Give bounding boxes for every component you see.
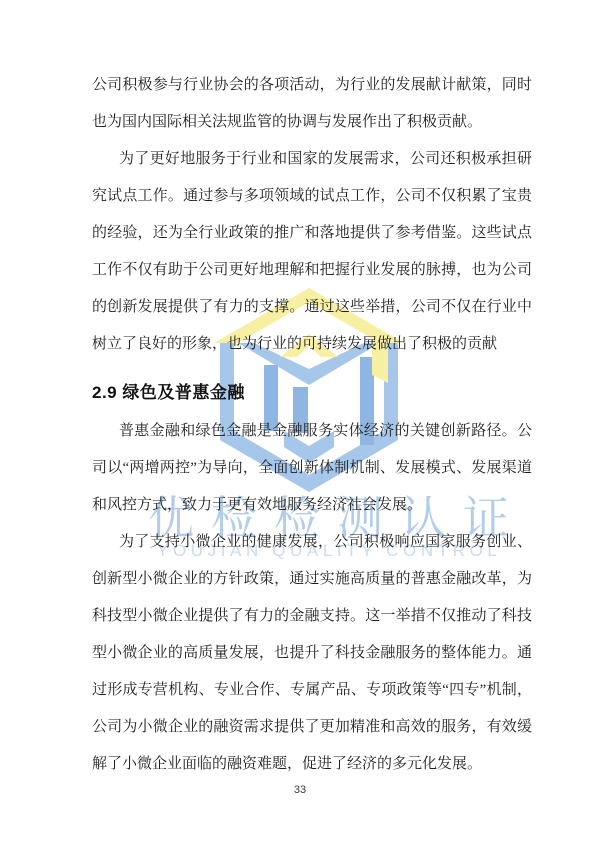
section-heading-green-inclusive-finance: 2.9 绿色及普惠金融 xyxy=(92,375,532,411)
document-page: 优检检测认证 YOUJIAN QUALITY CONTROL 公司积极参与行业协… xyxy=(0,0,600,849)
page-number: 33 xyxy=(0,784,600,796)
paragraph-inclusive-finance-overview: 普惠金融和绿色金融是金融服务实体经济的关键创新路径。公司以“两增两控”为导向，全… xyxy=(92,413,532,524)
paragraph-pilot-work: 为了更好地服务于行业和国家的发展需求，公司还积极承担研究试点工作。通过参与多项领… xyxy=(92,141,532,363)
paragraph-small-micro-enterprises: 为了支持小微企业的健康发展，公司积极响应国家服务创业、创新型小微企业的方针政策，… xyxy=(92,524,532,783)
document-body: 公司积极参与行业协会的各项活动，为行业的发展献计献策，同时也为国内国际相关法规监… xyxy=(92,67,532,783)
paragraph-industry-association: 公司积极参与行业协会的各项活动，为行业的发展献计献策，同时也为国内国际相关法规监… xyxy=(92,67,532,141)
